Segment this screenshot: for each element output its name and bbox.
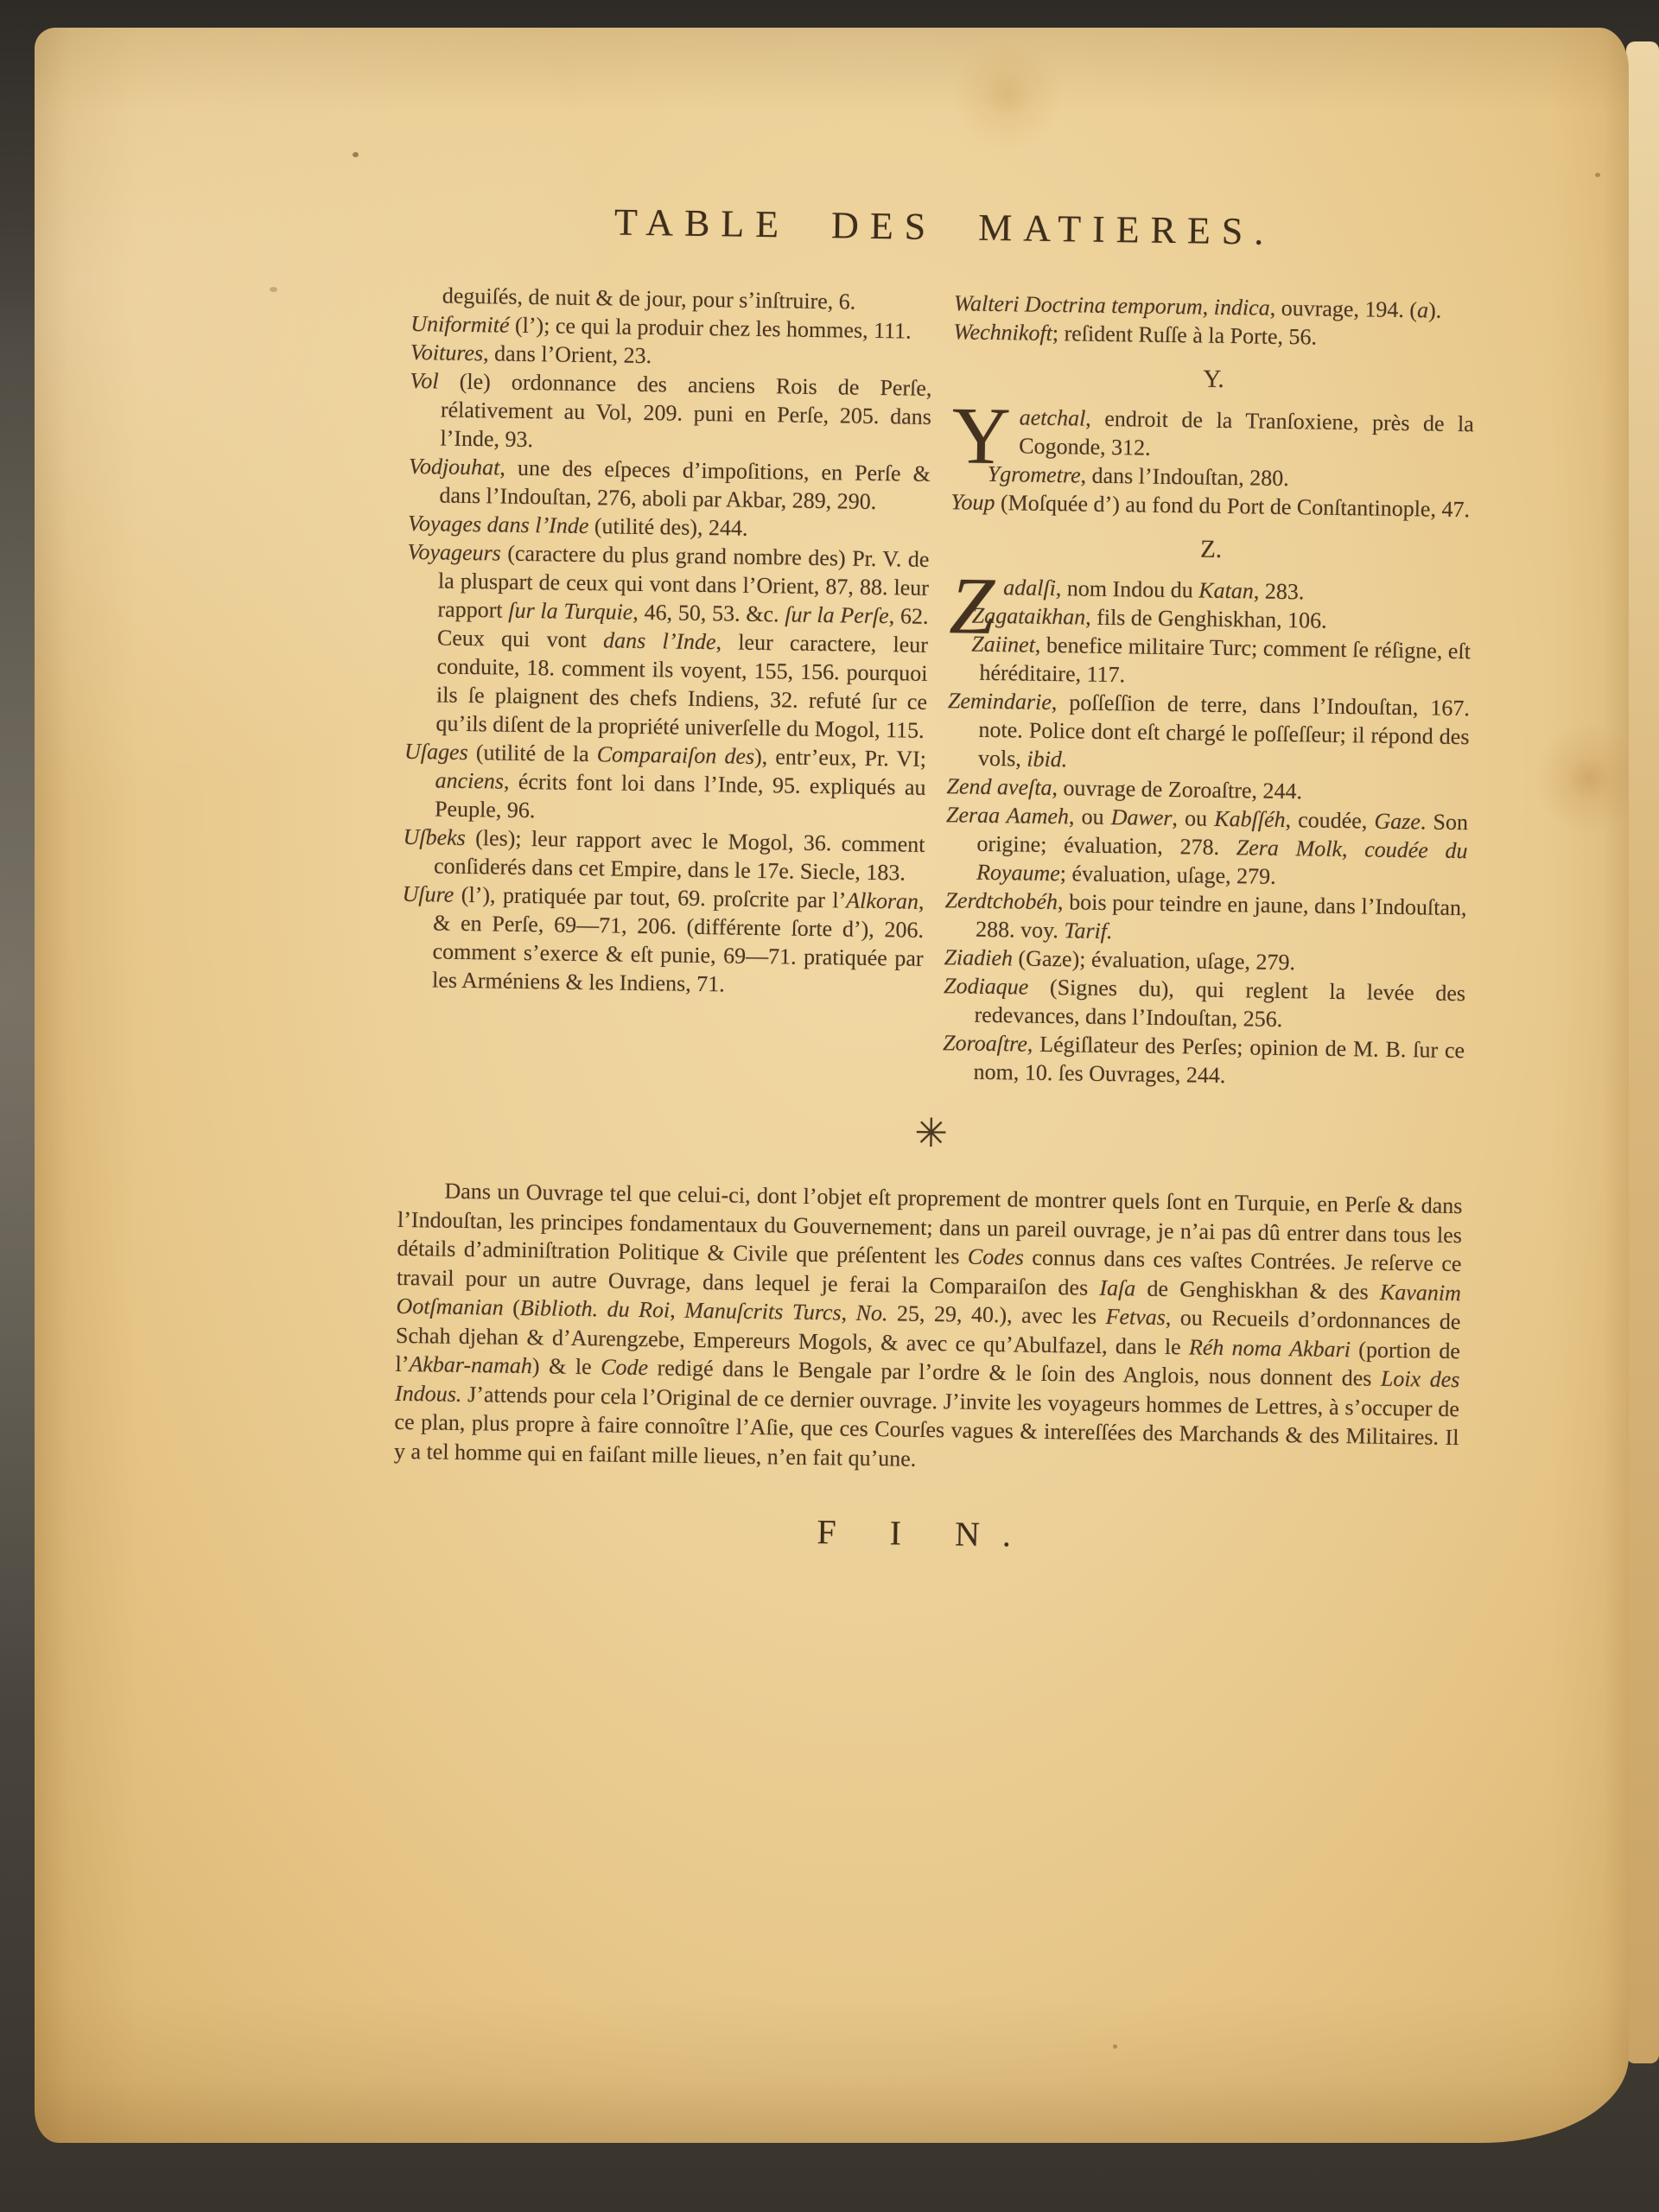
index-entry: Zerdtchobéh, bois pour teindre en jaune,… [944,886,1467,950]
index-entry: Vodjouhat, une des eſpeces d’impoſitions… [408,452,931,517]
index-entry: Yaetchal, endroit de la Tranſoxiene, prè… [951,402,1474,467]
roman-text: ; reſident Ruſſe à la Porte, 56. [1052,321,1318,350]
roman-text: (utilité des), 244. [588,513,748,541]
italic-text: Akbar-namah [409,1351,532,1378]
roman-text: , endroit de la Tranſoxiene, près de la … [1019,406,1474,461]
italic-text: Comparaiſon des [597,741,755,769]
closing-paragraph: Dans un Ouvrage tel que celui-ci, dont l… [394,1176,1463,1481]
roman-text: (l’); ce qui la produir chez les hommes,… [509,313,912,344]
italic-text: Zoroaſtre [943,1030,1027,1056]
italic-text: Uniformité [410,311,510,338]
stain-speck [1113,2044,1117,2049]
italic-text: Manuſcrits Turcs [684,1298,842,1325]
italic-text: Wechnikoft [953,319,1052,346]
italic-text: aetchal [1020,404,1086,430]
italic-text: dans l’Inde [603,627,716,654]
index-entry: Zodiaque (Signes du), qui reglent la lev… [943,971,1465,1036]
index-columns: deguiſés, de nuit & de jour, pour s’inſt… [399,281,1476,1093]
roman-text: ), entr’eux, Pr. VI; [754,744,926,772]
roman-text: , coudée, [1285,807,1374,834]
index-column-left: deguiſés, de nuit & de jour, pour s’inſt… [399,281,933,1085]
italic-text: Tarif. [1064,918,1113,944]
roman-text: , [670,1298,684,1323]
stain-speck [270,287,277,292]
italic-text: ibid. [1027,747,1067,772]
roman-text: , [1203,295,1214,320]
italic-text: ſur la Perſe [785,601,889,628]
italic-text: Youp [950,489,995,515]
italic-text: Biblioth. du Roi [520,1295,671,1323]
roman-text: , benefice militaire Turc; comment ſe ré… [979,632,1471,688]
italic-text: Codes [968,1244,1024,1270]
roman-text: , Légiſlateur des Perſes; opinion de M. … [973,1032,1465,1088]
italic-text: Voitures [410,340,484,365]
book-pages-fore-edge [1626,41,1659,2063]
italic-text: Gaze [1374,809,1421,835]
roman-text: , 46, 50, 53. &c. [632,600,785,627]
roman-text: (Gaze); évaluation, uſage, 279. [1013,945,1295,975]
italic-text: Uſages [404,739,468,765]
index-entry: Zoroaſtre, Légiſlateur des Perſes; opini… [942,1028,1465,1093]
index-entry: Uſages (utilité de la Comparaiſon des), … [404,737,926,830]
italic-text: anciens [435,767,504,793]
italic-text: Zaiinet [971,632,1035,658]
italic-text: Ziadieh [944,944,1013,970]
roman-text: ) & le [532,1353,601,1379]
roman-text: ; évaluation, uſage, 279. [1060,861,1276,889]
roman-text: deguiſés, de nuit & de jour, pour s’inſt… [442,283,856,315]
roman-text: , dans l’Orient, 23. [483,340,652,368]
roman-text: (Signes du), qui reglent la levée des re… [974,975,1465,1032]
roman-text: , ouvrage de Zoroaſtre, 244. [1052,775,1302,804]
page-title: TABLE DES MATIERES. [412,197,1478,257]
italic-text: Réh noma Akbari [1189,1334,1351,1362]
italic-text: a [1417,297,1428,322]
roman-text: , [841,1300,855,1325]
italic-text: Zagataikhan [972,603,1086,630]
italic-text: Alkoran [846,888,918,914]
italic-text: Uſbeks [403,824,466,850]
dropcap-letter: Y [951,406,1011,466]
roman-text: , [1342,836,1365,861]
roman-text: (le) ordonnance des anciens Rois de Perſ… [438,368,931,452]
book-page: TABLE DES MATIERES. deguiſés, de nuit & … [35,28,1629,2143]
roman-text: , dans l’Indouſtan, 280. [1080,463,1289,492]
roman-text: (les); leur rapport avec le Mogol, 36. c… [434,825,925,886]
roman-text: (Moſquée d’) au fond du Port de Conſtant… [995,490,1470,522]
roman-text: (utilité de la [468,740,597,766]
italic-text: Zerdtchobéh [944,887,1058,914]
stain-speck [353,152,359,157]
index-column-right: Walteri Doctrina temporum, indica, ouvra… [942,289,1476,1093]
italic-text: Fetvas [1105,1304,1166,1330]
roman-text: ( [504,1295,521,1320]
italic-text: ſur la Turquie [508,598,632,625]
italic-text: No. [855,1300,887,1326]
roman-text: , 283. [1254,578,1305,604]
roman-text: , une des eſpeces d’impoſitions, en Perſ… [439,455,931,514]
stain-speck [1595,173,1600,177]
roman-text: de Genghiskhan & des [1135,1275,1380,1304]
italic-text: Zemindarie [948,688,1052,715]
section-letter-heading: Y. [952,361,1474,397]
roman-text: , ouvrage, 194. ( [1269,296,1417,323]
italic-text: Uſure [402,881,454,907]
italic-text: Zera Molk [1236,835,1343,861]
roman-text: 25, 29, 40.), avec les [887,1300,1105,1329]
roman-text: , fils de Genghiskhan, 106. [1085,605,1327,633]
italic-text: Dawer [1111,804,1173,830]
italic-text: adalſi [1003,575,1056,601]
italic-text: Vodjouhat [409,454,500,480]
index-entry: Uſbeks (les); leur rapport avec le Mogol… [403,823,925,887]
roman-text: ). [1428,297,1442,322]
italic-text: Zodiaque [944,973,1029,999]
printed-area: TABLE DES MATIERES. deguiſés, de nuit & … [392,173,1477,1561]
asterisk-ornament: ✳ [398,1102,1464,1164]
index-entry: Zaiinet, benefice militaire Turc; commen… [948,629,1471,694]
roman-text: , ou [1069,804,1111,829]
italic-text: Code [601,1354,648,1380]
roman-text: , écrits font loi dans l’Inde, 95. expli… [435,769,926,823]
italic-text: Ygrometre [988,461,1081,488]
roman-text: (l’), pratiquée par tout, 69. proſcrite … [454,882,846,913]
italic-text: Voyageurs [407,539,501,566]
index-entry: Voyageurs (caractere du plus grand nombr… [404,537,929,745]
fin-label: F I N. [392,1505,1458,1561]
italic-text: Zeraa Aameh [946,802,1069,829]
italic-text: indica [1214,295,1270,321]
section-letter-heading: Z. [950,531,1471,568]
index-entry: Zeraa Aameh, ou Dawer, ou Kabſſéh, coudé… [945,800,1468,893]
roman-text: J’attends pour cela l’Original de ce der… [394,1381,1459,1471]
index-entry: Vol (le) ordonnance des anciens Rois de … [409,366,931,460]
roman-text: , ou [1172,805,1214,831]
italic-text: Voyages dans l’Inde [408,511,589,538]
italic-text: Iaſa [1099,1274,1135,1300]
italic-text: Vol [410,368,439,393]
italic-text: Walteri Doctrina temporum [954,290,1203,319]
italic-text: Katan [1198,578,1254,604]
italic-text: Zend aveſta [946,773,1052,800]
index-entry: Zemindarie, poſſeſſion de terre, dans l’… [947,686,1470,779]
italic-text: Kabſſéh [1214,806,1286,832]
roman-text: , nom Indou du [1056,575,1199,602]
index-entry: Uſure (l’), pratiquée par tout, 69. proſ… [401,880,925,1001]
